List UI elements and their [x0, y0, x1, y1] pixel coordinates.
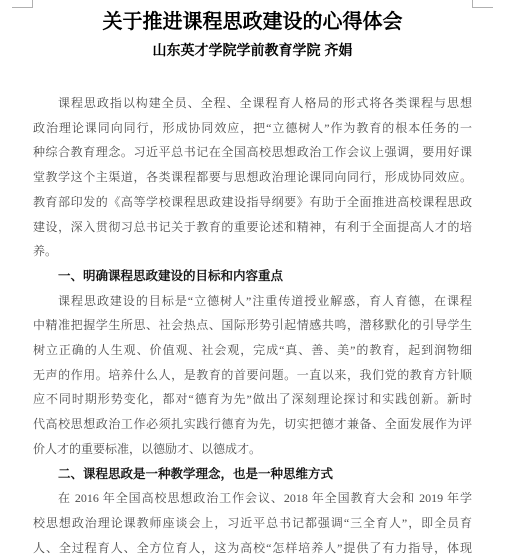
paragraph-line: 校思想政治理论课教师座谈会上，习近平总书记都强调“三全育人”，即全员育 — [33, 511, 472, 536]
paragraph-line: 中精准把握学生所思、社会热点、国际形势引起情感共鸣，潜移默化的引导学生 — [33, 313, 472, 338]
paragraph-line: 堂教学这个主渠道，各类课程都要与思想政治理论课同向同行，形成协同效应。 — [33, 165, 472, 190]
margin-crop-mark-top-left-horizontal — [12, 7, 33, 8]
paragraph-line: 树立正确的人生观、价值观、社会观，完成“真、善、美”的教育，起到润物细 — [33, 338, 472, 363]
paragraph-line: 建设，深入贯彻习总书记关于教育的重要论述和精神，有利于全面提高人才的培 — [33, 215, 472, 240]
margin-crop-mark-top-left-vertical — [32, 0, 33, 7]
document-title: 关于推进课程思政建设的心得体会 — [33, 7, 472, 37]
paragraph-line: 课程思政指以构建全员、全程、全课程育人格局的形式将各类课程与思想 — [33, 91, 472, 116]
margin-crop-mark-top-right-horizontal — [472, 7, 493, 8]
paragraph-line: 教育部印发的《高等学校课程思政建设指导纲要》有助于全面推进高校课程思政 — [33, 190, 472, 215]
paragraph-line: 人、全过程育人、全方位育人，这为高校“怎样培养人”提供了有力指导，体现 — [33, 536, 472, 558]
document-body: 课程思政指以构建全员、全程、全课程育人格局的形式将各类课程与思想政治理论课同向同… — [33, 91, 472, 558]
paragraph-line: 代高校思想政治工作必须扎实践行德育为先，切实把德才兼备、全面发展作为评 — [33, 412, 472, 437]
paragraph-line: 价人才的重要标准，以德励才、以德成才。 — [33, 437, 472, 462]
paragraph-line: 在 2016 年全国高校思想政治工作会议、2018 年全国教育大会和 2019 … — [33, 486, 472, 511]
paragraph-line: 政治理论课同向同行，形成协同效应，把“立德树人”作为教育的根本任务的一 — [33, 116, 472, 141]
document-author-line: 山东英才学院学前教育学院 齐娟 — [33, 37, 472, 63]
section-heading: 一、明确课程思政建设的目标和内容重点 — [33, 264, 472, 289]
margin-crop-mark-top-right-vertical — [472, 0, 473, 7]
paragraph-line: 种综合教育理念。习近平总书记在全国高校思想政治工作会议上强调，要用好课 — [33, 140, 472, 165]
paragraph-line: 应不同时期形势变化，都对“德育为先”做出了深刻理论探讨和实践创新。新时 — [33, 387, 472, 412]
paragraph-line: 无声的作用。培养什么人，是教育的首要问题。一直以来，我们党的教育方针顺 — [33, 363, 472, 388]
section-heading: 二、课程思政是一种教学理念，也是一种思维方式 — [33, 462, 472, 487]
document-page: 关于推进课程思政建设的心得体会 山东英才学院学前教育学院 齐娟 课程思政指以构建… — [0, 0, 505, 558]
blank-line — [33, 63, 472, 91]
document-content: 关于推进课程思政建设的心得体会 山东英才学院学前教育学院 齐娟 课程思政指以构建… — [33, 7, 472, 558]
paragraph-line: 课程思政建设的目标是“立德树人”注重传道授业解惑，育人育德，在课程 — [33, 289, 472, 314]
paragraph-line: 养。 — [33, 239, 472, 264]
